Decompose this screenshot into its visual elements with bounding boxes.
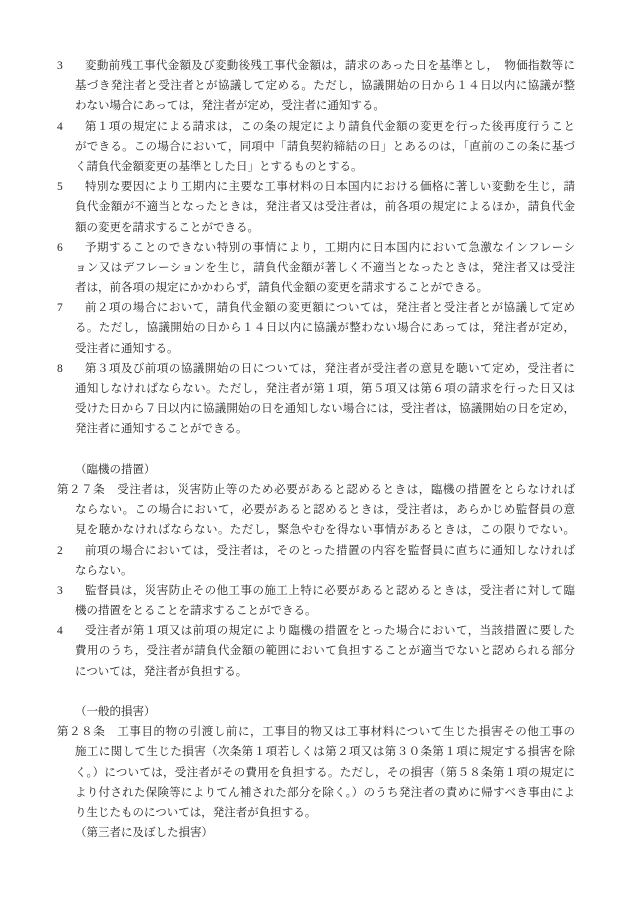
paragraph-first-line: 4受注者が第１項又は前項の規定により臨機の措置をとった場合において，当該措置に要… [57, 621, 575, 641]
paragraph-text: 特別な要因により工期内に主要な工事材料の日本国内における価格に著しい変動を生じ，… [85, 181, 575, 193]
text-line: ョン又はデフレーションを生じ，請負代金額が著しく不適当となったときは，発注者又は… [57, 258, 575, 278]
paragraph-number: 4 [57, 117, 63, 137]
text-line: 受けた日から７日以内に協議開始の日を通知しない場合には，受注者は，協議開始の日を… [57, 399, 575, 419]
paragraph-text: 第１項の規定による請求は，この条の規定により請負代金額の変更を行った後再度行うこ… [85, 121, 575, 133]
section-heading-line: （臨機の措置） [57, 460, 575, 480]
text-line: より付された保険等によりてん補された部分を除く。）のうち発注者の責めに帰すべき事… [57, 783, 575, 803]
paragraph-number: 3 [57, 581, 63, 601]
text-line: については，発注者が負担する。 [57, 662, 575, 682]
paragraph-first-line: 3監督員は，災害防止その他工事の施工上特に必要があると認めるときは，受注者に対し… [57, 581, 575, 601]
text-line: る。ただし，協議開始の日から１４日以内に協議が整わない場合にあっては，発注者が定… [57, 318, 575, 338]
paragraph-text: 予期することのできない特別の事情により，工期内に日本国内において急激なインフレー… [85, 242, 575, 254]
paragraph-number: 4 [57, 621, 63, 641]
text-line: 見を聴かなければならない。ただし，緊急やむを得ない事情があるときは，この限りでな… [57, 520, 575, 540]
text-line: 額の変更を請求することができる。 [57, 218, 575, 238]
paragraph-number: 3 [57, 56, 63, 76]
paragraph-first-line: 7前２項の場合において，請負代金額の変更額については，発注者と受注者とが協議して… [57, 298, 575, 318]
text-line: り生じたものについては，発注者が負担する。 [57, 803, 575, 823]
text-line: ができる。この場合において，同項中「請負契約締結の日」とあるのは，「直前のこの条… [57, 137, 575, 157]
text-line: 費用のうち，受注者が請負代金額の範囲において負担することが適当でないと認められる… [57, 641, 575, 661]
paragraph-text: 前２項の場合において，請負代金額の変更額については，発注者と受注者とが協議して定… [85, 302, 575, 314]
paragraph-first-line: 3変動前残工事代金額及び変動後残工事代金額は，請求のあった日を基準とし， 物価指… [57, 56, 575, 76]
paragraph-text: 前項の場合においては，受注者は，そのとった措置の内容を監督員に直ちに通知しなけれ… [85, 545, 575, 557]
paragraph-number: 8 [57, 359, 63, 379]
text-line: く請負代金額変更の基準とした日」とするものとする。 [57, 157, 575, 177]
paragraph-number: 5 [57, 177, 63, 197]
text-line: ならない。 [57, 561, 575, 581]
paragraph-text: 第３項及び前項の協議開始の日については，発注者が受注者の意見を聴いて定め，受注者… [85, 363, 575, 375]
text-line: く。）については，受注者がその費用を負担する。ただし，その損害（第５８条第１項の… [57, 763, 575, 783]
text-line: 機の措置をとることを請求することができる。 [57, 601, 575, 621]
section-heading-line: （一般的損害） [57, 702, 575, 722]
text-line: ならない。この場合において，必要があると認めるときは，受注者は，あらかじめ監督員… [57, 500, 575, 520]
blank-line [57, 440, 575, 460]
article-first-line: 第２７条 受注者は，災害防止等のため必要があると認めるときは，臨機の措置をとらな… [57, 480, 575, 500]
paragraph-text: 受注者が第１項又は前項の規定により臨機の措置をとった場合において，当該措置に要し… [85, 625, 575, 637]
text-line: 施工に関して生じた損害（次条第１項若しくは第２項又は第３０条第１項に規定する損害… [57, 742, 575, 762]
text-line: 通知しなければならない。ただし，発注者が第１項，第５項又は第６項の請求を行った日… [57, 379, 575, 399]
text-line: 基づき発注者と受注者とが協議して定める。ただし，協議開始の日から１４日以内に協議… [57, 76, 575, 96]
document-text-block: 3変動前残工事代金額及び変動後残工事代金額は，請求のあった日を基準とし， 物価指… [57, 56, 575, 843]
paragraph-text: 監督員は，災害防止その他工事の施工上特に必要があると認めるときは，受注者に対して… [85, 585, 575, 597]
text-line: 発注者に通知することができる。 [57, 419, 575, 439]
paragraph-text: 変動前残工事代金額及び変動後残工事代金額は，請求のあった日を基準とし， 物価指数… [85, 60, 575, 72]
paragraph-number: 6 [57, 238, 63, 258]
paragraph-first-line: 8第３項及び前項の協議開始の日については，発注者が受注者の意見を聴いて定め，受注… [57, 359, 575, 379]
paragraph-first-line: 4第１項の規定による請求は，この条の規定により請負代金額の変更を行った後再度行う… [57, 117, 575, 137]
document-page: 3変動前残工事代金額及び変動後残工事代金額は，請求のあった日を基準とし， 物価指… [0, 0, 630, 903]
text-line: 者は，前各項の規定にかかわらず，請負代金額の変更を請求することができる。 [57, 278, 575, 298]
text-line: 受注者に通知する。 [57, 339, 575, 359]
section-heading-line: （第三者に及ぼした損害） [57, 823, 575, 843]
text-line: 負代金額が不適当となったときは，発注者又は受注者は，前各項の規定によるほか，請負… [57, 197, 575, 217]
paragraph-first-line: 5特別な要因により工期内に主要な工事材料の日本国内における価格に著しい変動を生じ… [57, 177, 575, 197]
text-line: わない場合にあっては，発注者が定め，受注者に通知する。 [57, 96, 575, 116]
blank-line [57, 682, 575, 702]
paragraph-first-line: 2前項の場合においては，受注者は，そのとった措置の内容を監督員に直ちに通知しなけ… [57, 541, 575, 561]
paragraph-first-line: 6予期することのできない特別の事情により，工期内に日本国内において急激なインフレ… [57, 238, 575, 258]
paragraph-number: 2 [57, 541, 63, 561]
paragraph-number: 7 [57, 298, 63, 318]
article-first-line: 第２８条 工事目的物の引渡し前に，工事目的物又は工事材料について生じた損害その他… [57, 722, 575, 742]
